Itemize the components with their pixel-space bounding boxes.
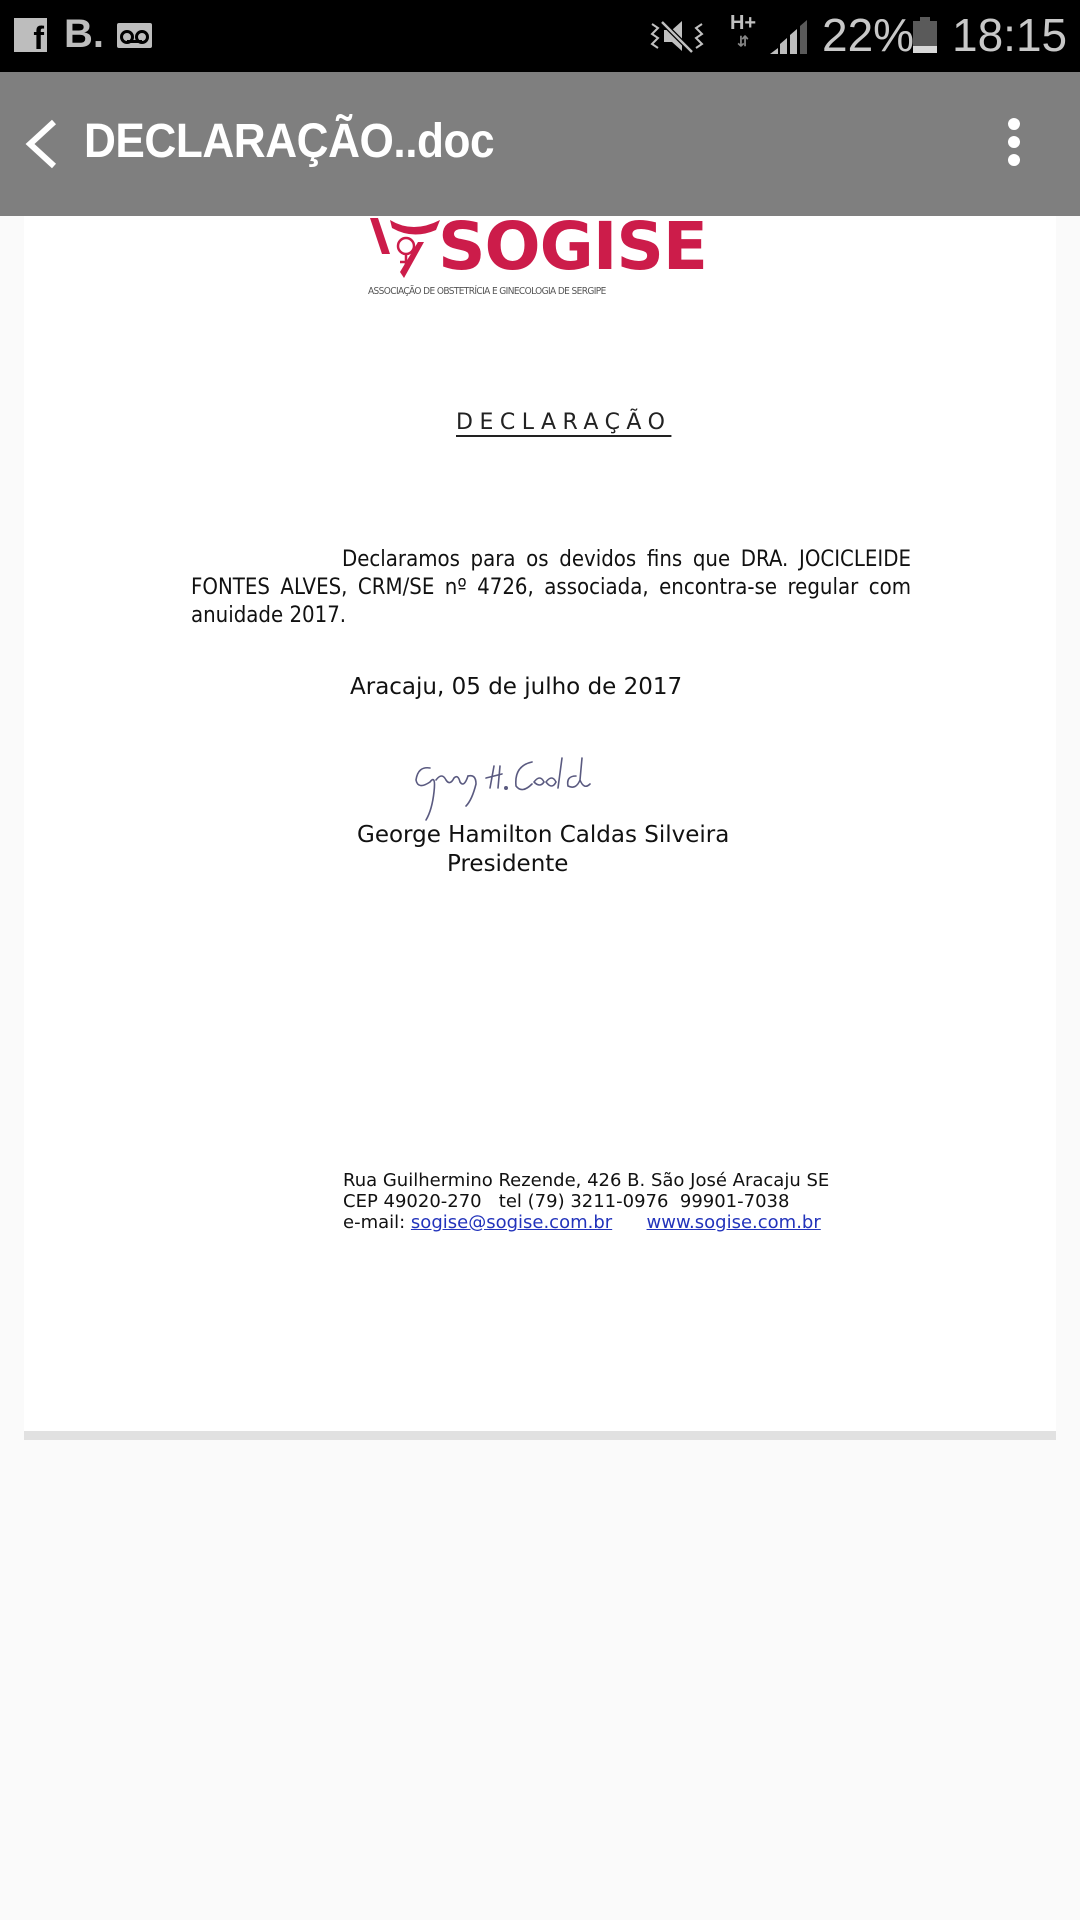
document-heading: DECLARAÇÃO [456,410,671,435]
website-link[interactable]: www.sogise.com.br [647,1212,821,1233]
logo-tagline: ASSOCIAÇÃO DE OBSTETRÍCIA E GINECOLOGIA … [368,286,688,297]
booking-icon: B. [64,12,104,57]
page-divider [24,1431,1056,1440]
address-line: Rua Guilhermino Rezende, 426 B. São José… [343,1170,829,1191]
signer-name: George Hamilton Caldas Silveira [357,822,729,848]
email-link[interactable]: sogise@sogise.com.br [411,1212,612,1233]
email-label: e-mail: [343,1212,411,1233]
signature-image [406,746,606,826]
network-type-label: H+ [730,12,756,34]
document-page: SOGISE ASSOCIAÇÃO DE OBSTETRÍCIA E GINEC… [24,216,1056,1431]
signal-icon [770,16,808,54]
place-date: Aracaju, 05 de julho de 2017 [350,674,682,700]
battery-percent: 22% [822,8,914,62]
declaration-body: Declaramos para os devidos fins que DRA.… [191,546,911,630]
chevron-left-icon [20,110,70,178]
logo-emblem-icon [368,216,440,286]
status-bar: f B. H+ ⇵ 22% 18:15 [0,0,1080,72]
battery-icon [913,17,937,53]
facebook-icon: f [14,18,47,52]
overflow-menu-button[interactable] [994,116,1034,176]
vibrate-mute-icon [648,16,706,56]
hplus-network-icon: H+ ⇵ [728,14,758,50]
document-title: DECLARAÇÃO..doc [84,114,494,169]
signer-role: Presidente [447,851,568,877]
back-button[interactable] [20,110,70,178]
logo-wordmark: SOGISE [438,208,707,285]
clock: 18:15 [952,8,1067,62]
voicemail-icon [117,23,152,48]
footer-address: Rua Guilhermino Rezende, 426 B. São José… [343,1170,829,1233]
contact-line: CEP 49020-270 tel (79) 3211-0976 99901-7… [343,1191,789,1212]
action-bar: DECLARAÇÃO..doc [0,72,1080,216]
sogise-logo: SOGISE ASSOCIAÇÃO DE OBSTETRÍCIA E GINEC… [368,216,688,302]
